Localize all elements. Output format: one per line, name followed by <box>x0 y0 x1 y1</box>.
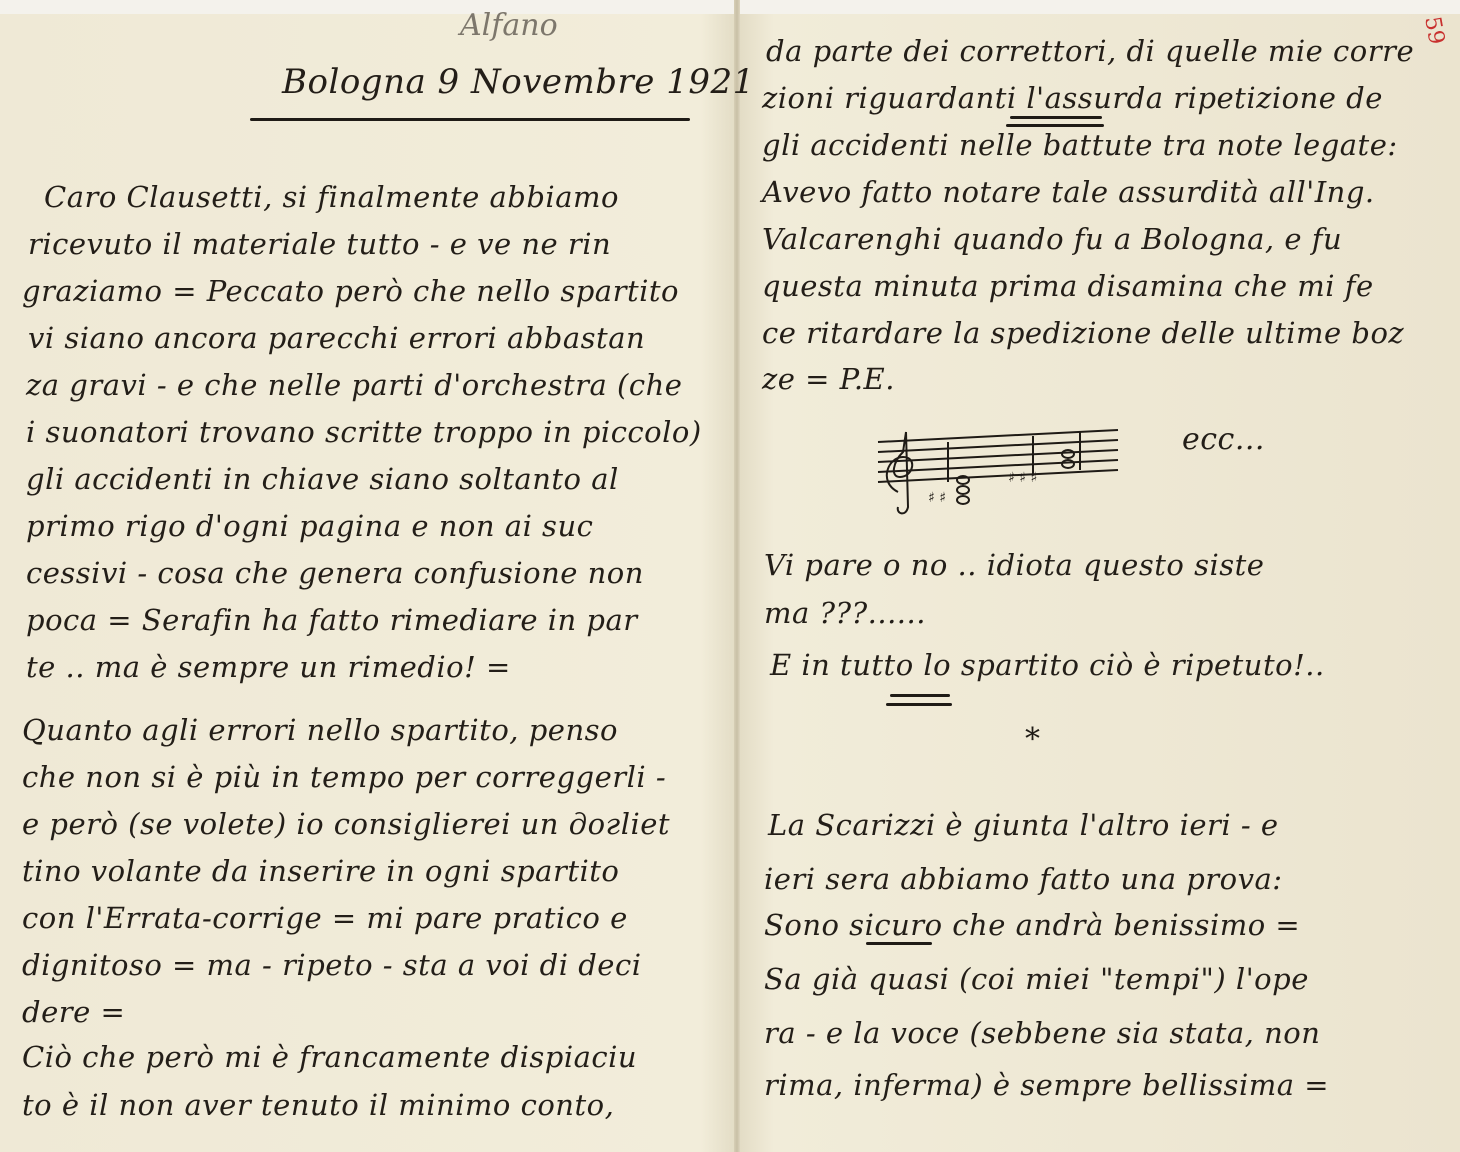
right-line-11: ma ???...... <box>764 596 926 630</box>
right-line-6: questa minuta prima disamina che mi fe <box>762 269 1374 303</box>
double-underline-2 <box>1006 124 1104 127</box>
pencil-annotation: Alfano <box>460 8 558 43</box>
right-line-15: ieri sera abbiamo fatto una prova: <box>764 862 1283 896</box>
left-line-18: dere = <box>22 995 125 1029</box>
ecc-text: ecc... <box>1182 422 1265 457</box>
left-line-16: con l'Errata-corrige = mi pare pratico e <box>22 901 628 935</box>
letter-sheet: Alfano Bologna 9 Novembre 1921 Caro Clau… <box>0 0 1460 1152</box>
music-notation-icon: ♯ ♯ ♯ ♯ ♯ <box>868 422 1128 532</box>
right-line-7: ce ritardare la spedizione delle ultime … <box>762 316 1404 350</box>
svg-text:♯ ♯ ♯: ♯ ♯ ♯ <box>1008 470 1037 486</box>
underline-tutto-1 <box>890 694 950 697</box>
left-line-6: i suonatori trovano scritte troppo in pi… <box>26 415 702 449</box>
right-line-2: zioni riguardanti l'assurda ripetizione … <box>762 81 1383 115</box>
header-underline <box>250 118 690 121</box>
left-line-11: te .. ma è sempre un rimedio! = <box>26 650 511 684</box>
left-line-19: Ciò che però mi è francamente dispiaciu <box>22 1040 637 1074</box>
right-line-8: ze = P.E. <box>762 362 895 396</box>
left-line-10: poca = Serafin ha fatto rimediare in par <box>26 603 638 637</box>
section-separator: * <box>1025 722 1040 757</box>
left-line-8: primo rigo d'ogni pagina e non ai suc <box>26 509 593 543</box>
letter-date-header: Bologna 9 Novembre 1921 <box>282 62 755 102</box>
left-line-13: che non si è più in tempo per correggerl… <box>22 760 666 794</box>
right-line-16: Sono sicuro che andrà benissimo = <box>764 908 1300 942</box>
left-line-4: vi siano ancora parecchi errori abbastan <box>28 321 645 355</box>
svg-text:♯ ♯: ♯ ♯ <box>928 490 946 506</box>
right-line-14: La Scarizzi è giunta l'altro ieri - e <box>768 808 1279 842</box>
underline-tutto-2 <box>886 703 952 706</box>
left-line-7: gli accidenti in chiave siano soltanto a… <box>26 462 619 496</box>
left-line-20: to è il non aver tenuto il minimo conto, <box>22 1088 614 1122</box>
left-line-14: e però (se volete) io consiglierei un до… <box>22 807 670 841</box>
left-line-1: Caro Clausetti, si finalmente abbiamo <box>44 180 619 214</box>
right-line-5: Valcarenghi quando fu a Bologna, e fu <box>762 222 1342 256</box>
left-line-3: graziamo = Peccato però che nello sparti… <box>22 274 679 308</box>
left-line-17: dignitoso = ma - ripeto - sta a voi di d… <box>22 948 641 982</box>
page-number: 59 <box>1419 15 1448 47</box>
double-underline-1 <box>1010 116 1102 119</box>
left-line-9: cessivi - cosa che genera confusione non <box>26 556 644 590</box>
right-line-4: Avevo fatto notare tale assurdità all'In… <box>762 175 1375 209</box>
right-line-19: rima, inferma) è sempre bellissima = <box>764 1068 1329 1102</box>
right-line-17: Sa già quasi (coi miei "tempi") l'ope <box>764 962 1309 996</box>
left-line-15: tino volante da inserire in ogni spartit… <box>22 854 619 888</box>
left-page: Alfano Bologna 9 Novembre 1921 Caro Clau… <box>0 0 734 1152</box>
right-line-1: da parte dei correttori, di quelle mie c… <box>766 34 1414 68</box>
right-line-10: Vi pare o no .. idiota questo siste <box>764 548 1264 582</box>
left-line-12: Quanto agli errori nello spartito, penso <box>22 713 618 747</box>
right-line-18: ra - e la voce (sebbene sia stata, non <box>764 1016 1320 1050</box>
right-line-3: gli accidenti nelle battute tra note leg… <box>762 128 1398 162</box>
underline-sicuro <box>866 942 932 945</box>
left-line-2: ricevuto il materiale tutto - e ve ne ri… <box>28 227 611 261</box>
left-line-5: za gravi - e che nelle parti d'orchestra… <box>26 368 682 402</box>
right-line-12: E in tutto lo spartito ciò è ripetuto!.. <box>770 648 1325 682</box>
